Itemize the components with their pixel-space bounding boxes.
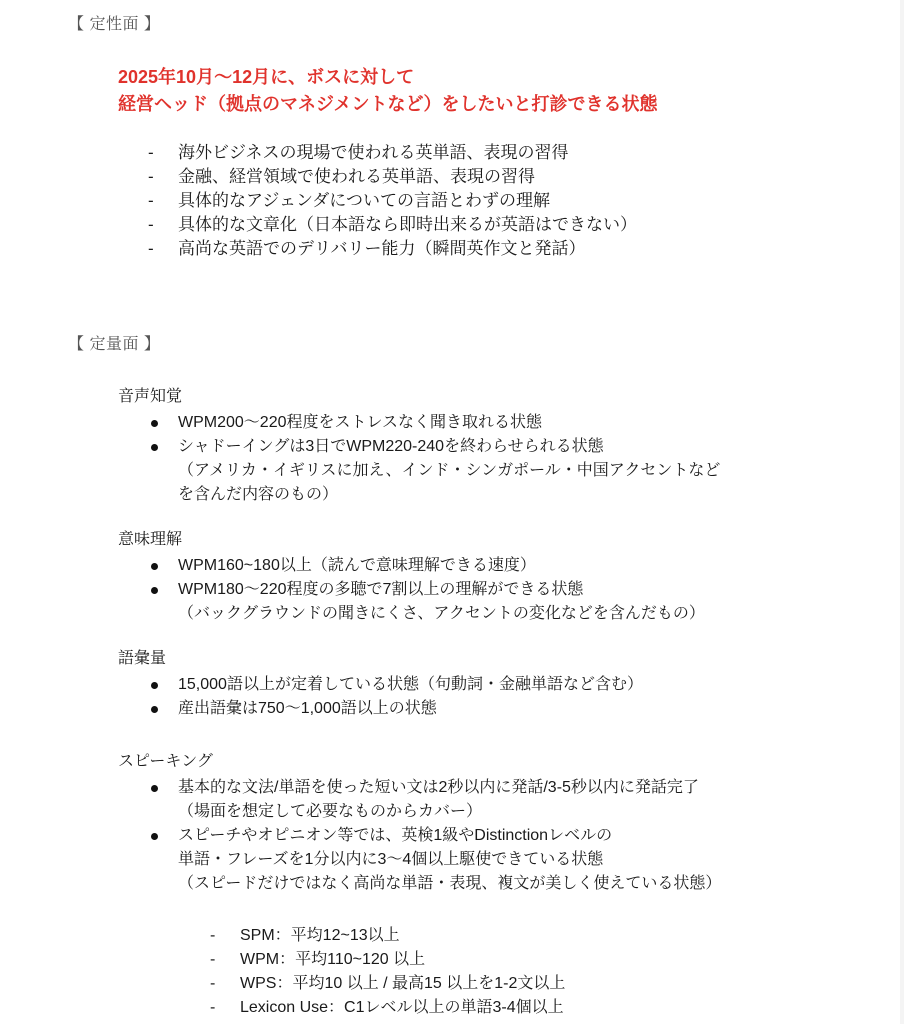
subsection-speaking: スピーキング 基本的な文法/単語を使った短い文は2秒以内に発話/3-5秒以内に発… [118, 750, 721, 896]
bullet-text: （スピードだけではなく高尚な単語・表現、複文が美しく使えている状態） [178, 872, 721, 896]
list-item: -海外ビジネスの現場で使われる英単語、表現の習得 [148, 141, 637, 165]
bullet-list: WPM160~180以上（読んで意味理解できる速度） WPM180〜220程度の… [118, 554, 705, 626]
bullet-text: を含んだ内容のもの） [178, 483, 720, 507]
bullet-item: WPM160~180以上（読んで意味理解できる速度） [118, 554, 705, 578]
dash-marker: - [210, 924, 240, 948]
list-item-text: 高尚な英語でのデリバリー能力（瞬間英作文と発話） [178, 237, 586, 261]
bullet-item: WPM180〜220程度の多聴で7割以上の理解ができる状態 （バックグラウンドの… [118, 578, 705, 626]
bullet-text: （バックグラウンドの聞きにくさ、アクセントの変化などを含んだもの） [178, 602, 705, 626]
dash-marker: - [148, 141, 178, 165]
bullet-text: 産出語彙は750〜1,000語以上の状態 [178, 697, 643, 721]
metric-item: -Lexicon Use：C1レベル以上の単語3-4個以上 [210, 996, 565, 1020]
bullet-item: スピーチやオピニオン等では、英検1級やDistinctionレベルの 単語・フレ… [118, 824, 721, 896]
bullet-text: シャドーイングは3日でWPM220-240を終わらせられる状態 [178, 435, 720, 459]
scrollbar-track[interactable] [900, 0, 904, 1024]
dash-marker: - [148, 165, 178, 189]
subsection-title: 音声知覚 [118, 385, 720, 409]
metric-text: SPM：平均12~13以上 [240, 924, 400, 948]
subsection-title: スピーキング [118, 750, 721, 774]
metric-text: WPS：平均10 以上 / 最高15 以上を1-2文以上 [240, 972, 565, 996]
bullet-list: WPM200〜220程度をストレスなく聞き取れる状態 シャドーイングは3日でWP… [118, 411, 720, 507]
subsection-title: 語彙量 [118, 647, 643, 671]
dash-marker: - [148, 213, 178, 237]
bullet-text: WPM160~180以上（読んで意味理解できる速度） [178, 554, 705, 578]
dash-marker: - [210, 972, 240, 996]
bullet-item: 産出語彙は750〜1,000語以上の状態 [118, 697, 643, 721]
metric-text: WPM：平均110~120 以上 [240, 948, 425, 972]
bullet-text: 単語・フレーズを1分以内に3〜4個以上駆使できている状態 [178, 848, 721, 872]
list-item-text: 具体的なアジェンダについての言語とわずの理解 [178, 189, 550, 213]
bullet-icon [151, 444, 158, 451]
bullet-item: WPM200〜220程度をストレスなく聞き取れる状態 [118, 411, 720, 435]
list-item: -具体的な文章化（日本語なら即時出来るが英語はできない） [148, 213, 637, 237]
bullet-icon [151, 420, 158, 427]
bullet-text: スピーチやオピニオン等では、英検1級やDistinctionレベルの [178, 824, 721, 848]
bullet-icon [151, 587, 158, 594]
list-item-text: 具体的な文章化（日本語なら即時出来るが英語はできない） [178, 213, 637, 237]
bullet-icon [151, 563, 158, 570]
list-item: -具体的なアジェンダについての言語とわずの理解 [148, 189, 637, 213]
quantitative-header: 【 定量面 】 [68, 331, 160, 354]
bullet-item: シャドーイングは3日でWPM220-240を終わらせられる状態 （アメリカ・イギ… [118, 435, 720, 507]
subsection-vocabulary: 語彙量 15,000語以上が定着している状態（句動詞・金融単語など含む） 産出語… [118, 647, 643, 721]
metric-item: -WPM：平均110~120 以上 [210, 948, 565, 972]
metric-item: -SPM：平均12~13以上 [210, 924, 565, 948]
qualitative-header: 【 定性面 】 [68, 11, 160, 34]
subsection-title: 意味理解 [118, 528, 705, 552]
goal-line: 2025年10月〜12月に、ボスに対して [118, 64, 657, 91]
bullet-item: 基本的な文法/単語を使った短い文は2秒以内に発話/3-5秒以内に発話完了 （場面… [118, 776, 721, 824]
list-item: -高尚な英語でのデリバリー能力（瞬間英作文と発話） [148, 237, 637, 261]
dash-marker: - [148, 237, 178, 261]
dash-marker: - [210, 948, 240, 972]
qualitative-list: -海外ビジネスの現場で使われる英単語、表現の習得 -金融、経営領域で使われる英単… [148, 141, 637, 261]
dash-marker: - [148, 189, 178, 213]
dash-marker: - [210, 996, 240, 1020]
goal-line: 経営ヘッド（拠点のマネジメントなど）をしたいと打診できる状態 [118, 91, 657, 118]
bullet-text: 基本的な文法/単語を使った短い文は2秒以内に発話/3-5秒以内に発話完了 [178, 776, 721, 800]
bullet-list: 基本的な文法/単語を使った短い文は2秒以内に発話/3-5秒以内に発話完了 （場面… [118, 776, 721, 896]
bullet-icon [151, 785, 158, 792]
bullet-icon [151, 833, 158, 840]
bullet-text: WPM180〜220程度の多聴で7割以上の理解ができる状態 [178, 578, 705, 602]
list-item-text: 海外ビジネスの現場で使われる英単語、表現の習得 [178, 141, 569, 165]
subsection-comprehension: 意味理解 WPM160~180以上（読んで意味理解できる速度） WPM180〜2… [118, 528, 705, 626]
bullet-icon [151, 682, 158, 689]
bullet-text: （アメリカ・イギリスに加え、インド・シンガポール・中国アクセントなど [178, 459, 720, 483]
bullet-list: 15,000語以上が定着している状態（句動詞・金融単語など含む） 産出語彙は75… [118, 673, 643, 721]
metric-text: Lexicon Use：C1レベル以上の単語3-4個以上 [240, 996, 564, 1020]
speaking-metrics-list: -SPM：平均12~13以上 -WPM：平均110~120 以上 -WPS：平均… [210, 924, 565, 1020]
subsection-listening: 音声知覚 WPM200〜220程度をストレスなく聞き取れる状態 シャドーイングは… [118, 385, 720, 507]
bullet-icon [151, 706, 158, 713]
list-item: -金融、経営領域で使われる英単語、表現の習得 [148, 165, 637, 189]
goal-statement: 2025年10月〜12月に、ボスに対して 経営ヘッド（拠点のマネジメントなど）を… [118, 64, 657, 118]
bullet-text: WPM200〜220程度をストレスなく聞き取れる状態 [178, 411, 720, 435]
list-item-text: 金融、経営領域で使われる英単語、表現の習得 [178, 165, 535, 189]
bullet-text: （場面を想定して必要なものからカバー） [178, 800, 721, 824]
bullet-item: 15,000語以上が定着している状態（句動詞・金融単語など含む） [118, 673, 643, 697]
metric-item: -WPS：平均10 以上 / 最高15 以上を1-2文以上 [210, 972, 565, 996]
bullet-text: 15,000語以上が定着している状態（句動詞・金融単語など含む） [178, 673, 643, 697]
